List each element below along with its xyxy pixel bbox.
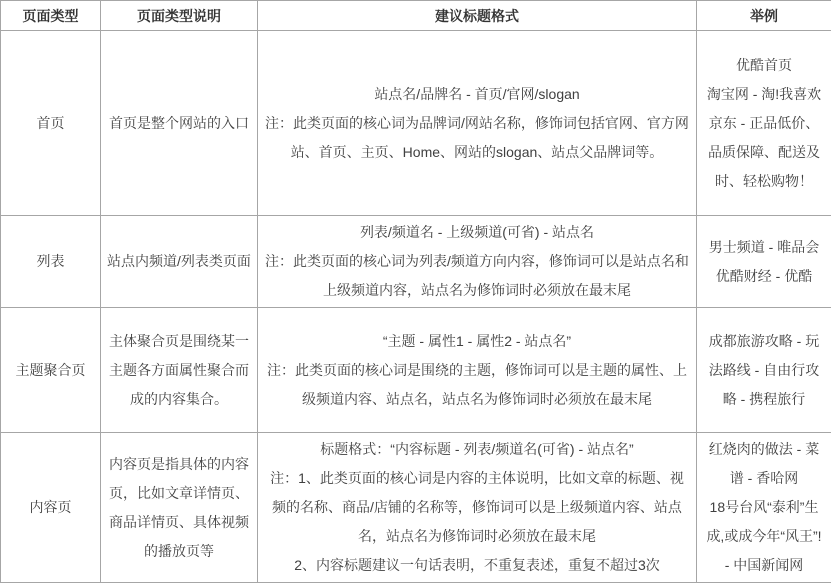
cell-example: 男士频道 - 唯品会 优酷财经 - 优酷 — [697, 216, 831, 308]
format-note: 注：此类页面的核心词是围绕的主题，修饰词可以是主题的属性、上级频道内容、站点名，… — [264, 356, 690, 414]
cell-page-type: 主题聚合页 — [1, 308, 101, 433]
cell-description: 首页是整个网站的入口 — [101, 31, 258, 216]
example-line: 成都旅游攻略 - 玩法路线 - 自由行攻略 - 携程旅行 — [703, 327, 825, 414]
cell-description: 站点内频道/列表类页面 — [101, 216, 258, 308]
format-line: 站点名/品牌名 - 首页/官网/slogan — [264, 80, 690, 109]
example-line: 男士频道 - 唯品会 — [703, 233, 825, 262]
format-note: 2、内容标题建议一句话表明，不重复表述，重复不超过3次 — [264, 551, 690, 580]
example-line: 优酷财经 - 优酷 — [703, 262, 825, 291]
example-line: 京东 - 正品低价、品质保障、配送及时、轻松购物！ — [703, 109, 825, 196]
cell-description: 主体聚合页是围绕某一主题各方面属性聚合而成的内容集合。 — [101, 308, 258, 433]
example-line: 淘宝网 - 淘!我喜欢 — [703, 80, 825, 109]
column-header-title-format: 建议标题格式 — [258, 1, 697, 31]
cell-title-format: “主题 - 属性1 - 属性2 - 站点名” 注：此类页面的核心词是围绕的主题，… — [258, 308, 697, 433]
table-row-content-page: 内容页 内容页是指具体的内容页，比如文章详情页、商品详情页、具体视频的播放页等 … — [1, 433, 831, 583]
example-line: 红烧肉的做法 - 菜谱 - 香哈网 — [703, 435, 825, 493]
column-header-page-type: 页面类型 — [1, 1, 101, 31]
cell-title-format: 标题格式：“内容标题 - 列表/频道名(可省) - 站点名” 注：1、此类页面的… — [258, 433, 697, 583]
format-note: 注：此类页面的核心词为品牌词/网站名称，修饰词包括官网、官方网站、首页、主页、H… — [264, 109, 690, 167]
table-row-topic-aggregation: 主题聚合页 主体聚合页是围绕某一主题各方面属性聚合而成的内容集合。 “主题 - … — [1, 308, 831, 433]
cell-title-format: 站点名/品牌名 - 首页/官网/slogan 注：此类页面的核心词为品牌词/网站… — [258, 31, 697, 216]
header-row: 页面类型 页面类型说明 建议标题格式 举例 — [1, 1, 831, 31]
cell-page-type: 列表 — [1, 216, 101, 308]
format-line: 列表/频道名 - 上级频道(可省) - 站点名 — [264, 218, 690, 247]
cell-example: 成都旅游攻略 - 玩法路线 - 自由行攻略 - 携程旅行 — [697, 308, 831, 433]
format-line: 标题格式：“内容标题 - 列表/频道名(可省) - 站点名” — [264, 435, 690, 464]
cell-example: 红烧肉的做法 - 菜谱 - 香哈网 18号台风“泰利”生成,或成今年“风王”! … — [697, 433, 831, 583]
format-line: “主题 - 属性1 - 属性2 - 站点名” — [264, 327, 690, 356]
table-row-home: 首页 首页是整个网站的入口 站点名/品牌名 - 首页/官网/slogan 注：此… — [1, 31, 831, 216]
cell-description: 内容页是指具体的内容页，比如文章详情页、商品详情页、具体视频的播放页等 — [101, 433, 258, 583]
example-line: 18号台风“泰利”生成,或成今年“风王”! - 中国新闻网 — [703, 493, 825, 580]
table-row-list: 列表 站点内频道/列表类页面 列表/频道名 - 上级频道(可省) - 站点名 注… — [1, 216, 831, 308]
column-header-page-type-desc: 页面类型说明 — [101, 1, 258, 31]
cell-title-format: 列表/频道名 - 上级频道(可省) - 站点名 注：此类页面的核心词为列表/频道… — [258, 216, 697, 308]
cell-page-type: 内容页 — [1, 433, 101, 583]
format-note: 注：1、此类页面的核心词是内容的主体说明，比如文章的标题、视频的名称、商品/店铺… — [264, 464, 690, 551]
column-header-example: 举例 — [697, 1, 831, 31]
format-note: 注：此类页面的核心词为列表/频道方向内容，修饰词可以是站点名和上级频道内容，站点… — [264, 247, 690, 305]
example-line: 优酷首页 — [703, 51, 825, 80]
page-type-guideline-table: 页面类型 页面类型说明 建议标题格式 举例 首页 首页是整个网站的入口 站点名/… — [0, 0, 831, 583]
cell-example: 优酷首页 淘宝网 - 淘!我喜欢 京东 - 正品低价、品质保障、配送及时、轻松购… — [697, 31, 831, 216]
cell-page-type: 首页 — [1, 31, 101, 216]
